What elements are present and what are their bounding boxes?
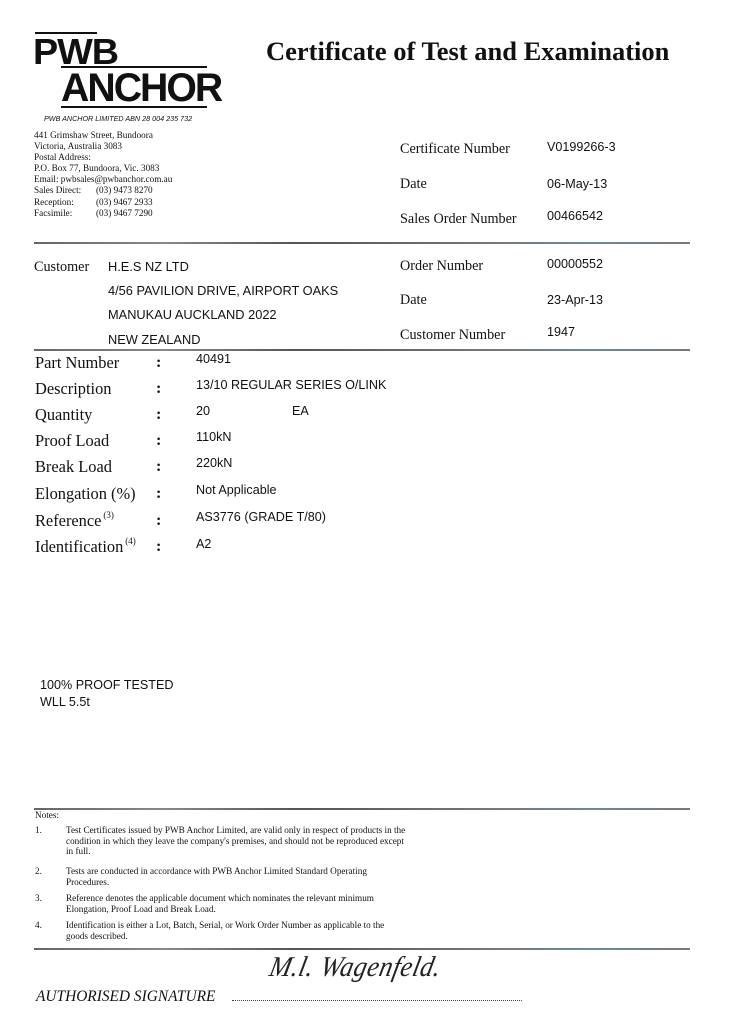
spec-label-text: Break Load: [35, 457, 112, 476]
divider: [34, 948, 690, 950]
spec-unit-quantity: EA: [292, 404, 309, 418]
contact-label: Reception:: [34, 197, 96, 208]
spec-value-quantity: 20: [196, 404, 210, 418]
spec-label-break-load: Break Load: [35, 457, 112, 477]
spec-label-quantity: Quantity: [35, 405, 92, 425]
spec-separator: :: [156, 485, 161, 503]
note-item: 2. Tests are conducted in accordance wit…: [35, 866, 406, 887]
customer-number-label: Customer Number: [400, 327, 505, 344]
spec-label-part-number: Part Number: [35, 353, 119, 373]
certificate-number-value: V0199266-3: [547, 140, 616, 154]
certificate-date-value: 06-May-13: [547, 177, 607, 191]
note-number: 1.: [35, 825, 66, 857]
remark-line: 100% PROOF TESTED: [40, 677, 173, 694]
spec-label-proof-load: Proof Load: [35, 431, 109, 451]
spec-label-text: Identification: [35, 537, 123, 556]
company-logo: PWB ANCHOR: [33, 32, 208, 110]
customer-country: NEW ZEALAND: [108, 332, 200, 347]
company-address: 441 Grimshaw Street, Bundoora Victoria, …: [34, 130, 172, 219]
note-text: Reference denotes the applicable documen…: [66, 893, 406, 914]
address-line: 441 Grimshaw Street, Bundoora: [34, 130, 172, 141]
note-text: Identification is either a Lot, Batch, S…: [66, 920, 406, 941]
certificate-number-label: Certificate Number: [400, 141, 510, 158]
spec-value-description: 13/10 REGULAR SERIES O/LINK: [196, 378, 386, 392]
contact-row: Facsimile: (03) 9467 7290: [34, 208, 172, 219]
spec-label-text: Quantity: [35, 405, 92, 424]
contact-row: Reception: (03) 9467 2933: [34, 197, 172, 208]
order-number-value: 00000552: [547, 257, 603, 271]
note-item: 1. Test Certificates issued by PWB Ancho…: [35, 825, 406, 857]
spec-label-elongation: Elongation (%): [35, 484, 136, 504]
certificate-date-label: Date: [400, 176, 427, 193]
spec-separator: :: [156, 458, 161, 476]
spec-separator: :: [156, 512, 161, 530]
divider: [34, 808, 690, 810]
spec-label-text: Reference: [35, 511, 101, 530]
signature-line: [232, 1000, 522, 1001]
contact-label: Facsimile:: [34, 208, 96, 219]
spec-separator: :: [156, 538, 161, 556]
spec-label-identification: Identification(4): [35, 537, 136, 557]
customer-address-line: MANUKAU AUCKLAND 2022: [108, 307, 277, 322]
spec-label-reference: Reference(3): [35, 511, 114, 531]
note-number: 3.: [35, 893, 66, 914]
note-number: 4.: [35, 920, 66, 941]
contact-value: (03) 9467 2933: [96, 197, 153, 208]
signature-label: AUTHORISED SIGNATURE: [36, 988, 215, 1006]
address-line: P.O. Box 77, Bundoora, Vic. 3083: [34, 163, 172, 174]
spec-separator: :: [156, 354, 161, 372]
footnote-ref: (4): [125, 536, 136, 546]
sales-order-number-label: Sales Order Number: [400, 211, 517, 228]
email-line: Email: pwbsales@pwbanchor.com.au: [34, 174, 172, 185]
divider: [34, 242, 690, 244]
spec-label-text: Description: [35, 379, 111, 398]
note-text: Test Certificates issued by PWB Anchor L…: [66, 825, 406, 857]
divider: [34, 349, 690, 351]
customer-label: Customer: [34, 259, 89, 276]
logo-text-pwb: PWB: [33, 34, 118, 70]
customer-name: H.E.S NZ LTD: [108, 259, 189, 274]
spec-value-reference: AS3776 (GRADE T/80): [196, 510, 326, 524]
remarks: 100% PROOF TESTED WLL 5.5t: [40, 677, 173, 711]
address-line: Victoria, Australia 3083: [34, 141, 172, 152]
document-title: Certificate of Test and Examination: [266, 36, 669, 67]
notes-title: Notes:: [35, 810, 59, 820]
spec-label-text: Elongation (%): [35, 484, 136, 503]
spec-value-identification: A2: [196, 537, 211, 551]
note-item: 3. Reference denotes the applicable docu…: [35, 893, 406, 914]
spec-value-proof-load: 110kN: [196, 430, 231, 444]
order-date-label: Date: [400, 292, 427, 309]
note-number: 2.: [35, 866, 66, 887]
customer-address-line: 4/56 PAVILION DRIVE, AIRPORT OAKS: [108, 283, 338, 298]
contact-label: Sales Direct:: [34, 185, 96, 196]
spec-label-text: Part Number: [35, 353, 119, 372]
note-text: Tests are conducted in accordance with P…: [66, 866, 406, 887]
spec-value-elongation: Not Applicable: [196, 483, 277, 497]
logo-text-anchor: ANCHOR: [61, 68, 221, 108]
order-number-label: Order Number: [400, 258, 483, 275]
note-item: 4. Identification is either a Lot, Batch…: [35, 920, 406, 941]
spec-value-part-number: 40491: [196, 352, 231, 366]
contact-row: Sales Direct: (03) 9473 8270: [34, 185, 172, 196]
spec-separator: :: [156, 406, 161, 424]
logo-rule-bottom: [61, 106, 207, 108]
spec-label-text: Proof Load: [35, 431, 109, 450]
contact-value: (03) 9467 7290: [96, 208, 153, 219]
handwritten-signature: M.l. Wagenfeld.: [266, 951, 444, 984]
address-line: Postal Address:: [34, 152, 172, 163]
spec-separator: :: [156, 380, 161, 398]
spec-label-description: Description: [35, 379, 111, 399]
customer-number-value: 1947: [547, 325, 575, 339]
spec-value-break-load: 220kN: [196, 456, 232, 470]
footnote-ref: (3): [103, 510, 114, 520]
sales-order-number-value: 00466542: [547, 209, 603, 223]
spec-separator: :: [156, 432, 161, 450]
order-date-value: 23-Apr-13: [547, 293, 603, 307]
remark-line: WLL 5.5t: [40, 694, 173, 711]
contact-value: (03) 9473 8270: [96, 185, 153, 196]
company-legal-name: PWB ANCHOR LIMITED ABN 28 004 235 732: [44, 114, 192, 123]
